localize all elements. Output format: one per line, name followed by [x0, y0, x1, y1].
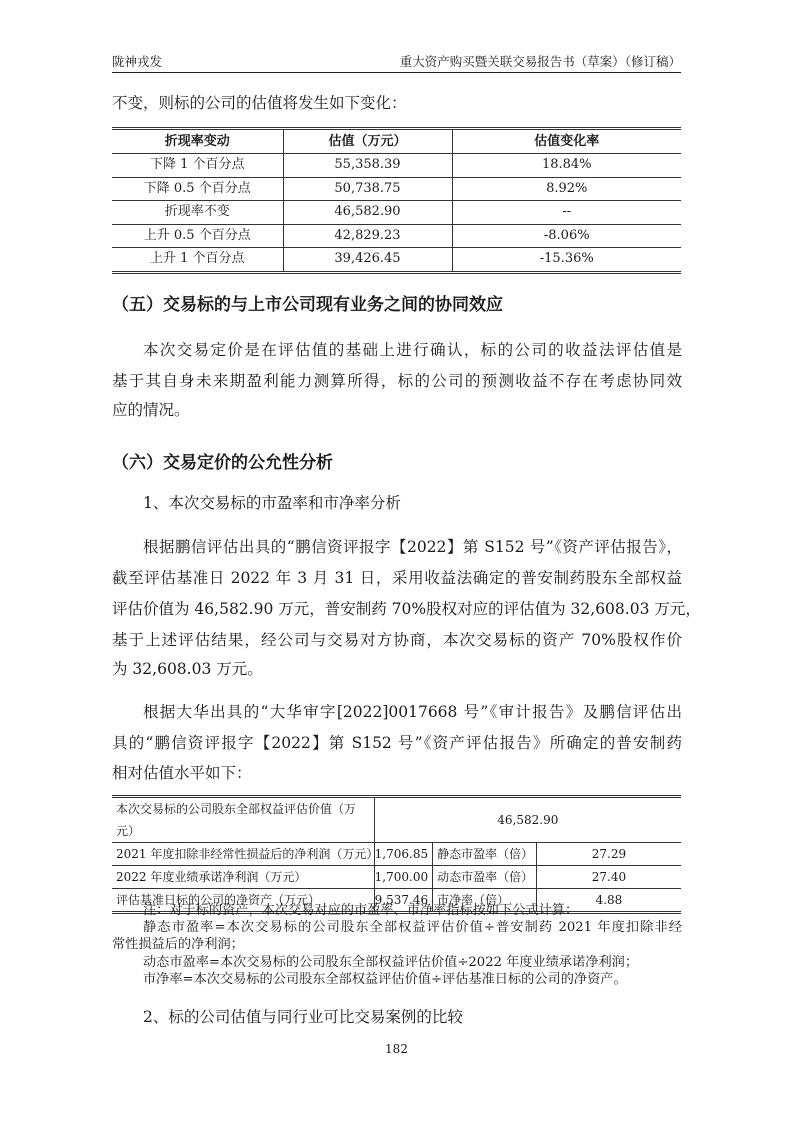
paragraph-line: 基于上述评估结果，经公司与交易对方协商，本次交易标的资产 70%股权作价: [112, 630, 682, 650]
note-line: 常性损益后的净利润；: [112, 937, 682, 954]
subheading-1: 1、本次交易标的市盈率和市净率分析: [143, 493, 713, 513]
section-heading-6: （六）交易定价的公允性分析: [112, 452, 333, 474]
paragraph-line: 评估价值为 46,582.90 万元，普安制药 70%股权对应的评估值为 32,…: [112, 599, 682, 619]
paragraph-line: 具的“鹏信资评报字【2022】第 S152 号”《资产评估报告》所确定的普安制药: [112, 733, 682, 753]
cell-value: 50,738.75: [283, 177, 452, 201]
table-row: 下降 0.5 个百分点 50,738.75 8.92%: [112, 177, 681, 201]
paragraph-line: 为 32,608.03 万元。: [112, 659, 682, 679]
cell-change: 折现率不变: [112, 201, 283, 225]
note-line: 市净率=本次交易标的公司股东全部权益评估价值÷评估基准日标的公司的净资产。: [143, 972, 713, 989]
note-line: 动态市盈率=本次交易标的公司股东全部权益评估价值÷2022 年度业绩承诺净利润；: [143, 955, 713, 972]
cell-value: 42,829.23: [283, 224, 452, 248]
paragraph-line: 基于其自身未来期盈利能力测算所得，标的公司的预测收益不存在考虑协同效: [112, 371, 682, 391]
header-company: 陇神戎发: [112, 52, 162, 70]
column-header: 折现率变动: [112, 129, 283, 154]
table-row: 折现率不变 46,582.90 --: [112, 201, 681, 225]
table-row: 2022 年度业绩承诺净利润（万元） 1,700.00 动态市盈率（倍） 27.…: [112, 866, 681, 889]
cell-rate: 18.84%: [452, 154, 681, 178]
valuation-table: 本次交易标的公司股东全部权益评估价值（万元） 46,582.90 2021 年度…: [112, 795, 681, 914]
page-header: 陇神戎发 重大资产购买暨关联交易报告书（草案）（修订稿）: [112, 50, 681, 73]
note-line: 注：对于标的资产，本次交易对应的市盈率、市净率指标按如下公式计算：: [143, 903, 713, 920]
table-row: 上升 0.5 个百分点 42,829.23 -8.06%: [112, 224, 681, 248]
cell-label: 2022 年度业绩承诺净利润（万元）: [112, 866, 374, 889]
table-row: 下降 1 个百分点 55,358.39 18.84%: [112, 154, 681, 178]
paragraph-line: 根据鹏信评估出具的“鹏信资评报字【2022】第 S152 号”《资产评估报告》，: [143, 537, 682, 557]
cell-change: 上升 1 个百分点: [112, 248, 283, 273]
cell-rate: --: [452, 201, 681, 225]
column-header: 估值变化率: [452, 129, 681, 154]
cell-metric: 静态市盈率（倍）: [433, 843, 537, 866]
paragraph-line: 截至评估基准日 2022 年 3 月 31 日，采用收益法确定的普安制药股东全部…: [112, 568, 682, 588]
column-header: 估值（万元）: [283, 129, 452, 154]
cell-metric-value: 27.40: [536, 866, 681, 889]
cell-value: 55,358.39: [283, 154, 452, 178]
table-row: 本次交易标的公司股东全部权益评估价值（万元） 46,582.90: [112, 797, 681, 843]
cell-value: 46,582.90: [283, 201, 452, 225]
cell-value: 39,426.45: [283, 248, 452, 273]
cell-rate: -15.36%: [452, 248, 681, 273]
cell-value: 46,582.90: [374, 797, 681, 843]
cell-rate: -8.06%: [452, 224, 681, 248]
paragraph-line: 根据大华出具的“大华审字[2022]0017668 号”《审计报告》及鹏信评估出: [143, 702, 682, 722]
cell-metric: 动态市盈率（倍）: [433, 866, 537, 889]
cell-value: 1,706.85: [374, 843, 432, 866]
cell-change: 下降 0.5 个百分点: [112, 177, 283, 201]
cell-rate: 8.92%: [452, 177, 681, 201]
cell-label: 本次交易标的公司股东全部权益评估价值（万元）: [112, 797, 374, 843]
table-row: 2021 年度扣除非经常性损益后的净利润（万元） 1,706.85 静态市盈率（…: [112, 843, 681, 866]
intro-line: 不变，则标的公司的估值将发生如下变化：: [112, 93, 682, 113]
subheading-2: 2、标的公司估值与同行业可比交易案例的比较: [143, 1007, 713, 1027]
cell-change: 上升 0.5 个百分点: [112, 224, 283, 248]
paragraph-line: 相对估值水平如下：: [112, 763, 682, 783]
note-line: 静态市盈率=本次交易标的公司股东全部权益评估价值÷普安制药 2021 年度扣除非…: [143, 920, 682, 937]
paragraph-line: 本次交易定价是在评估值的基础上进行确认，标的公司的收益法评估值是: [143, 340, 682, 360]
section-heading-5: （五）交易标的与上市公司现有业务之间的协同效应: [112, 294, 503, 316]
cell-metric-value: 27.29: [536, 843, 681, 866]
paragraph-line: 应的情况。: [112, 400, 682, 420]
sensitivity-table: 折现率变动 估值（万元） 估值变化率 下降 1 个百分点 55,358.39 1…: [112, 127, 681, 274]
table-row: 上升 1 个百分点 39,426.45 -15.36%: [112, 248, 681, 273]
page-number: 182: [0, 1042, 793, 1056]
cell-value: 1,700.00: [374, 866, 432, 889]
table-header-row: 折现率变动 估值（万元） 估值变化率: [112, 129, 681, 154]
cell-change: 下降 1 个百分点: [112, 154, 283, 178]
header-doc-title: 重大资产购买暨关联交易报告书（草案）（修订稿）: [400, 52, 681, 70]
cell-label: 2021 年度扣除非经常性损益后的净利润（万元）: [112, 843, 374, 866]
